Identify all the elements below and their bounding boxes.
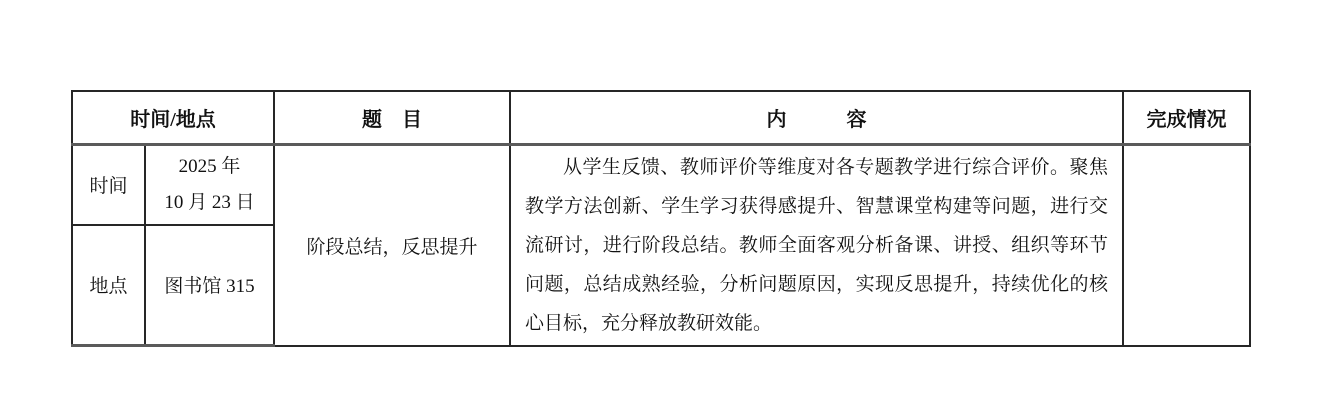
document-page: 时间/地点 题 目 内 容 完成情况 时间 2025 年 10 月 23 日 阶…	[0, 0, 1320, 412]
schedule-table: 时间/地点 题 目 内 容 完成情况 时间 2025 年 10 月 23 日 阶…	[71, 90, 1251, 347]
header-time-location: 时间/地点	[72, 91, 274, 144]
place-row-label: 地点	[72, 225, 145, 346]
header-content: 内 容	[510, 91, 1123, 144]
time-row-label: 时间	[72, 144, 145, 225]
completion-value-cell	[1123, 144, 1250, 346]
table-row-time: 时间 2025 年 10 月 23 日 阶段总结，反思提升 从学生反馈、教师评价…	[72, 144, 1250, 225]
time-value-line2: 10 月 23 日	[146, 185, 273, 221]
time-value-cell: 2025 年 10 月 23 日	[145, 144, 274, 225]
time-value-line1: 2025 年	[146, 149, 273, 185]
content-value-cell: 从学生反馈、教师评价等维度对各专题教学进行综合评价。聚焦教学方法创新、学生学习获…	[510, 144, 1123, 346]
topic-value-cell: 阶段总结，反思提升	[274, 144, 510, 346]
header-topic: 题 目	[274, 91, 510, 144]
place-value-cell: 图书馆 315	[145, 225, 274, 346]
content-paragraph: 从学生反馈、教师评价等维度对各专题教学进行综合评价。聚焦教学方法创新、学生学习获…	[525, 148, 1108, 343]
header-completion: 完成情况	[1123, 91, 1250, 144]
table-header-row: 时间/地点 题 目 内 容 完成情况	[72, 91, 1250, 144]
